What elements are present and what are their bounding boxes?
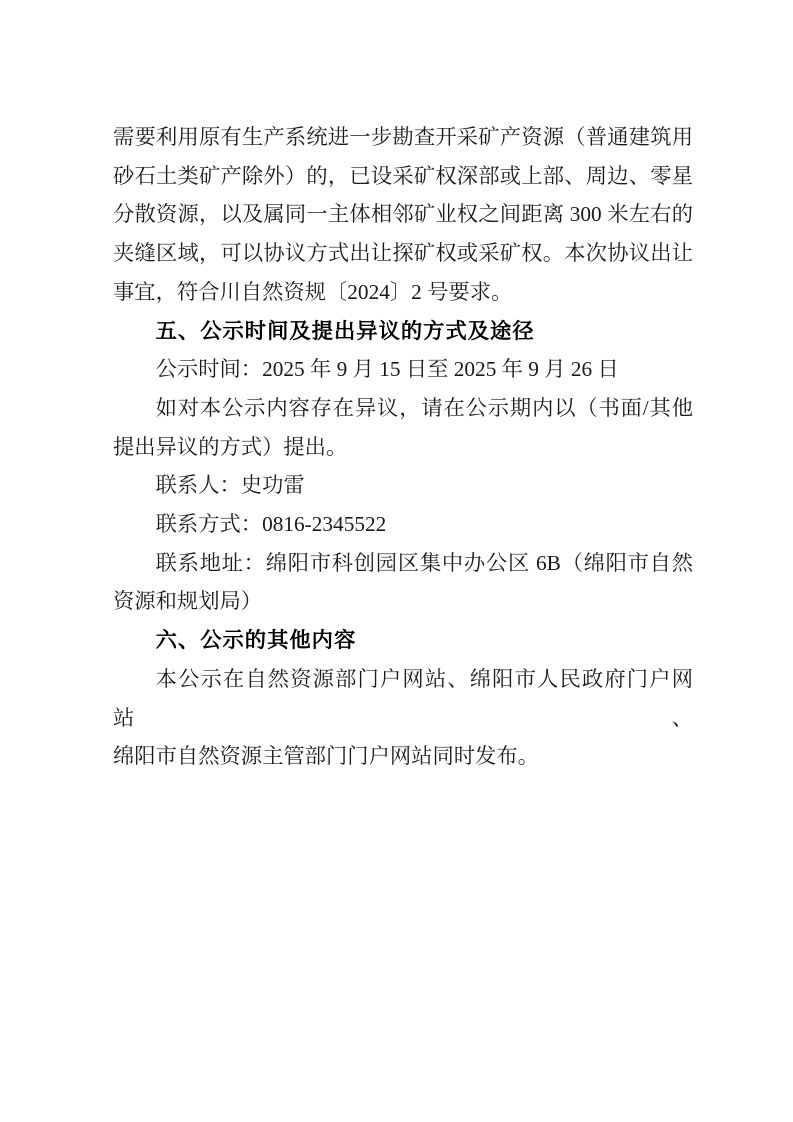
publication-sites-paragraph-line-2: 绵阳市自然资源主管部门门户网站同时发布。 — [113, 737, 693, 776]
contact-person-paragraph-line-1: 联系人：史功雷 — [113, 466, 693, 505]
continuation-paragraph-line-4: 夹缝区域，可以协议方式出让探矿权或采矿权。本次协议出让 — [113, 234, 693, 273]
contact-address-paragraph-line-1: 联系地址：绵阳市科创园区集中办公区 6B（绵阳市自然 — [113, 544, 693, 583]
objection-method-paragraph-line-1: 如对本公示内容存在异议，请在公示期内以（书面/其他 — [113, 389, 693, 428]
contact-phone-paragraph-line-1: 联系方式：0816-2345522 — [113, 505, 693, 544]
section-5-heading-line-1: 五、公示时间及提出异议的方式及途径 — [113, 312, 693, 351]
continuation-paragraph-line-2: 砂石土类矿产除外）的，已设采矿权深部或上部、周边、零星 — [113, 157, 693, 196]
contact-address-paragraph-line-2: 资源和规划局） — [113, 582, 693, 621]
publicity-period-paragraph-line-1: 公示时间：2025 年 9 月 15 日至 2025 年 9 月 26 日 — [113, 350, 693, 389]
continuation-paragraph-line-5: 事宜，符合川自然资规〔2024〕2 号要求。 — [113, 273, 693, 312]
section-6-heading-line-1: 六、公示的其他内容 — [113, 621, 693, 660]
publication-sites-paragraph-line-1: 本公示在自然资源部门户网站、绵阳市人民政府门户网站、 — [113, 660, 693, 737]
objection-method-paragraph-line-2: 提出异议的方式）提出。 — [113, 428, 693, 467]
document-body: 需要利用原有生产系统进一步勘查开采矿产资源（普通建筑用砂石土类矿产除外）的，已设… — [113, 118, 693, 776]
continuation-paragraph-line-1: 需要利用原有生产系统进一步勘查开采矿产资源（普通建筑用 — [113, 118, 693, 157]
document-page: 需要利用原有生产系统进一步勘查开采矿产资源（普通建筑用砂石土类矿产除外）的，已设… — [0, 0, 793, 1122]
continuation-paragraph-line-3: 分散资源，以及属同一主体相邻矿业权之间距离 300 米左右的 — [113, 195, 693, 234]
